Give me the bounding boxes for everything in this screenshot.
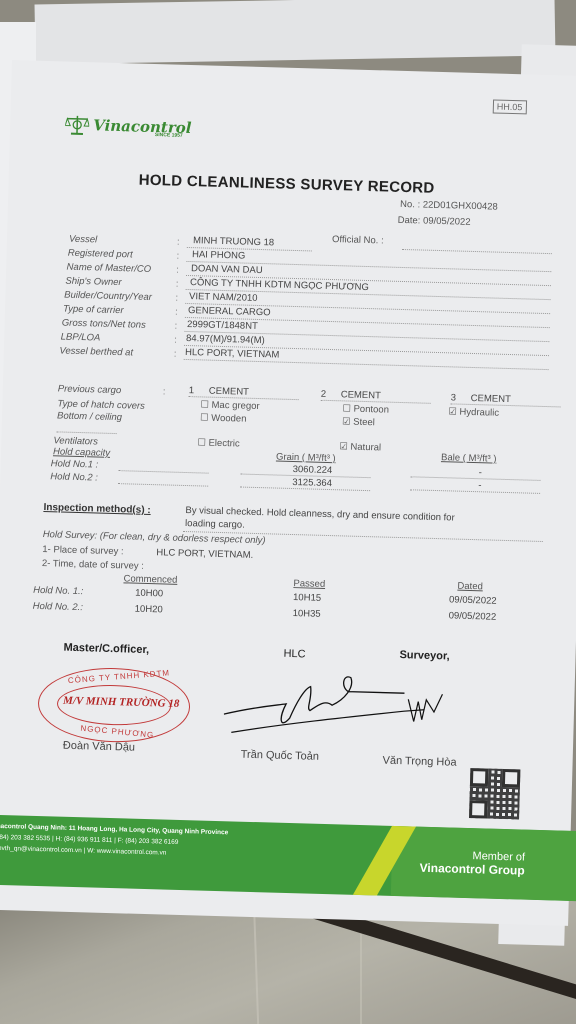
fabric-seam — [360, 930, 362, 1024]
footer-phones: T: (84) 203 382 5535 | H: (84) 936 911 8… — [0, 834, 178, 846]
dotted-line — [118, 483, 208, 487]
checkbox-label: Electric — [208, 438, 239, 450]
checkbox-label: Hydraulic — [459, 407, 499, 419]
record-date-label: Date: — [398, 215, 421, 227]
previous-cargo-row: 1CEMENT2CEMENT3CEMENT — [12, 60, 576, 76]
field-label: Registered port — [68, 248, 133, 261]
survey-hold-label: Hold No. 2.: — [33, 601, 83, 613]
record-no-value: 22D01GHX00428 — [423, 200, 498, 213]
brand-tagline: SINCE 1957 — [155, 132, 183, 139]
field-label: Type of carrier — [63, 304, 124, 317]
inspection-text-2: loading cargo. — [185, 518, 245, 531]
checkbox-label: Pontoon — [353, 404, 389, 416]
checkbox-label: Wooden — [211, 413, 247, 425]
place-label: 1- Place of survey : — [42, 544, 124, 557]
commenced-value: 10H00 — [135, 588, 163, 600]
field-label: Gross tons/Net tons — [62, 317, 146, 330]
field-value: VIET NAM/2010 — [189, 291, 258, 304]
bottom-ceiling-label: Bottom / ceiling — [57, 410, 122, 423]
time-label: 2- Time, date of survey : — [42, 558, 144, 572]
record-no: No. : 22D01GHX00428 — [400, 199, 498, 213]
group-name: Vinacontrol Group — [419, 861, 524, 878]
checkbox-option[interactable]: ☐ Mac gregor — [200, 399, 260, 412]
capacity-table: Hold No.1 :3060.224-Hold No.2 :3125.364- — [12, 60, 576, 76]
bale-value: - — [479, 467, 482, 478]
dated-header: Dated — [457, 581, 483, 593]
passed-value: 10H35 — [292, 608, 320, 620]
official-no-line — [402, 249, 552, 254]
bottom-ceiling-row: ☐ Wooden☑ Steel — [12, 60, 576, 76]
checkbox-option[interactable]: ☑ Hydraulic — [448, 406, 499, 418]
checkbox-label: Mac gregor — [211, 400, 259, 412]
field-label: Builder/Country/Year — [64, 290, 152, 303]
footer-member: Member of Vinacontrol Group — [419, 849, 525, 878]
previous-cargo-label: Previous cargo — [58, 383, 122, 396]
stamp-top-text: CÔNG TY TNHH KDTM — [68, 668, 171, 685]
hatch-covers-row: ☐ Mac gregor☐ Pontoon☑ Hydraulic — [12, 60, 576, 76]
survey-hold-label: Hold No. 1.: — [33, 585, 83, 597]
checkbox-option[interactable]: ☑ Steel — [342, 416, 375, 428]
dotted-line — [184, 359, 549, 370]
checkbox-option[interactable]: ☐ Electric — [197, 437, 240, 449]
form-code: HH.05 — [493, 99, 527, 114]
field-label: Vessel berthed at — [59, 345, 133, 358]
bale-header: Bale ( M³/ft³ ) — [441, 452, 497, 465]
grain-header: Grain ( M³/ft³ ) — [276, 452, 336, 465]
dotted-line — [410, 489, 540, 494]
hold-capacity-label: Hold capacity — [53, 446, 110, 459]
vessel-fields: Vessel:MINH TRUONG 18Registered port:HAI… — [12, 60, 576, 76]
commenced-value: 10H20 — [135, 604, 163, 616]
footer-band: Vinacontrol Quang Ninh: 11 Hoang Long, H… — [0, 814, 576, 901]
record-date: Date: 09/05/2022 — [398, 215, 471, 228]
scales-icon — [65, 114, 90, 137]
record-no-label: No. : — [400, 199, 420, 211]
colon: : — [175, 307, 178, 318]
surveyor-name: Văn Trọng Hòa — [382, 755, 456, 769]
unchecked-box-icon[interactable]: ☐ — [200, 399, 211, 410]
dotted-line — [57, 431, 117, 434]
field-value: HAI PHONG — [192, 249, 246, 261]
survey-record-document: HH.05 Vinacontrol SINCE 1957 HOLD CLEANL… — [0, 60, 576, 926]
hold-label: Hold No.1 : — [51, 458, 99, 470]
field-value: MINH TRUONG 18 — [193, 235, 274, 248]
master-title: Master/C.officer, — [63, 642, 149, 656]
colon: : — [174, 335, 177, 346]
dotted-line — [411, 476, 541, 481]
cargo-number: 3 — [451, 392, 457, 403]
colon: : — [177, 237, 180, 248]
field-label: Name of Master/CO — [66, 262, 151, 275]
company-stamp: CÔNG TY TNHH KDTM M/V MINH TRƯỜNG 18 NGỌ… — [37, 666, 191, 744]
surveyor-title: Surveyor, — [399, 649, 449, 662]
colon: : — [176, 251, 179, 262]
hlc-name: Trần Quốc Toản — [241, 749, 320, 763]
checkbox-option[interactable]: ☐ Pontoon — [342, 403, 389, 415]
unchecked-box-icon[interactable]: ☐ — [200, 412, 211, 423]
footer-contacts: E: nvth_qn@vinacontrol.com.vn | W: www.v… — [0, 845, 167, 857]
hold-label: Hold No.2 : — [50, 471, 98, 483]
checkbox-option[interactable]: ☐ Wooden — [200, 412, 247, 424]
vinacontrol-logo: Vinacontrol SINCE 1957 — [65, 114, 192, 140]
checkbox-label: Steel — [353, 417, 375, 429]
field-value: 2999GT/1848NT — [187, 319, 258, 332]
hlc-title: HLC — [283, 648, 305, 661]
cargo-number: 2 — [321, 389, 327, 400]
unchecked-box-icon[interactable]: ☐ — [197, 437, 208, 448]
inspection-label: Inspection method(s) : — [43, 502, 150, 516]
colon: : — [176, 265, 179, 276]
colon: : — [163, 386, 166, 397]
field-value: DOAN VAN DAU — [191, 263, 263, 276]
checked-box-icon[interactable]: ☑ — [448, 406, 459, 417]
dated-value: 09/05/2022 — [448, 610, 496, 622]
back-paper — [35, 0, 556, 65]
unchecked-box-icon[interactable]: ☐ — [342, 403, 353, 414]
stamp-bottom-text: NGỌC PHƯƠNG — [80, 724, 155, 740]
checked-box-icon[interactable]: ☑ — [342, 416, 353, 427]
checkbox-label: Natural — [350, 442, 381, 454]
master-name: Đoàn Văn Dậu — [63, 740, 135, 754]
checked-box-icon[interactable]: ☑ — [339, 441, 350, 452]
dotted-line — [119, 470, 209, 474]
colon: : — [174, 349, 177, 360]
field-label: Ship's Owner — [65, 276, 121, 289]
cargo-number: 1 — [189, 385, 195, 396]
colon: : — [176, 279, 179, 290]
commenced-header: Commenced — [123, 573, 177, 585]
official-no-label: Official No. : — [332, 234, 384, 246]
ventilators-row: ☐ Electric☑ Natural — [12, 60, 576, 76]
dated-value: 09/05/2022 — [449, 594, 497, 606]
bale-value: - — [478, 480, 481, 491]
field-label: Vessel — [69, 234, 97, 246]
record-date-value: 09/05/2022 — [423, 216, 471, 228]
colon: : — [175, 293, 178, 304]
checkbox-option[interactable]: ☑ Natural — [339, 441, 381, 453]
field-label: LBP/LOA — [61, 331, 101, 343]
field-value: 84.97(M)/91.94(M) — [186, 333, 265, 346]
dotted-line — [321, 400, 431, 404]
colon: : — [174, 321, 177, 332]
hlc-signature — [223, 666, 485, 743]
passed-value: 10H15 — [293, 592, 321, 604]
survey-times-table: Hold No. 1.:10H0010H1509/05/2022Hold No.… — [12, 60, 576, 76]
qr-code[interactable] — [469, 768, 520, 819]
passed-header: Passed — [293, 578, 325, 590]
place-value: HLC PORT, VIETNAM. — [156, 547, 253, 561]
qr-corner — [469, 800, 487, 818]
field-value: GENERAL CARGO — [188, 305, 271, 318]
page-title: HOLD CLEANLINESS SURVEY RECORD — [138, 172, 434, 197]
